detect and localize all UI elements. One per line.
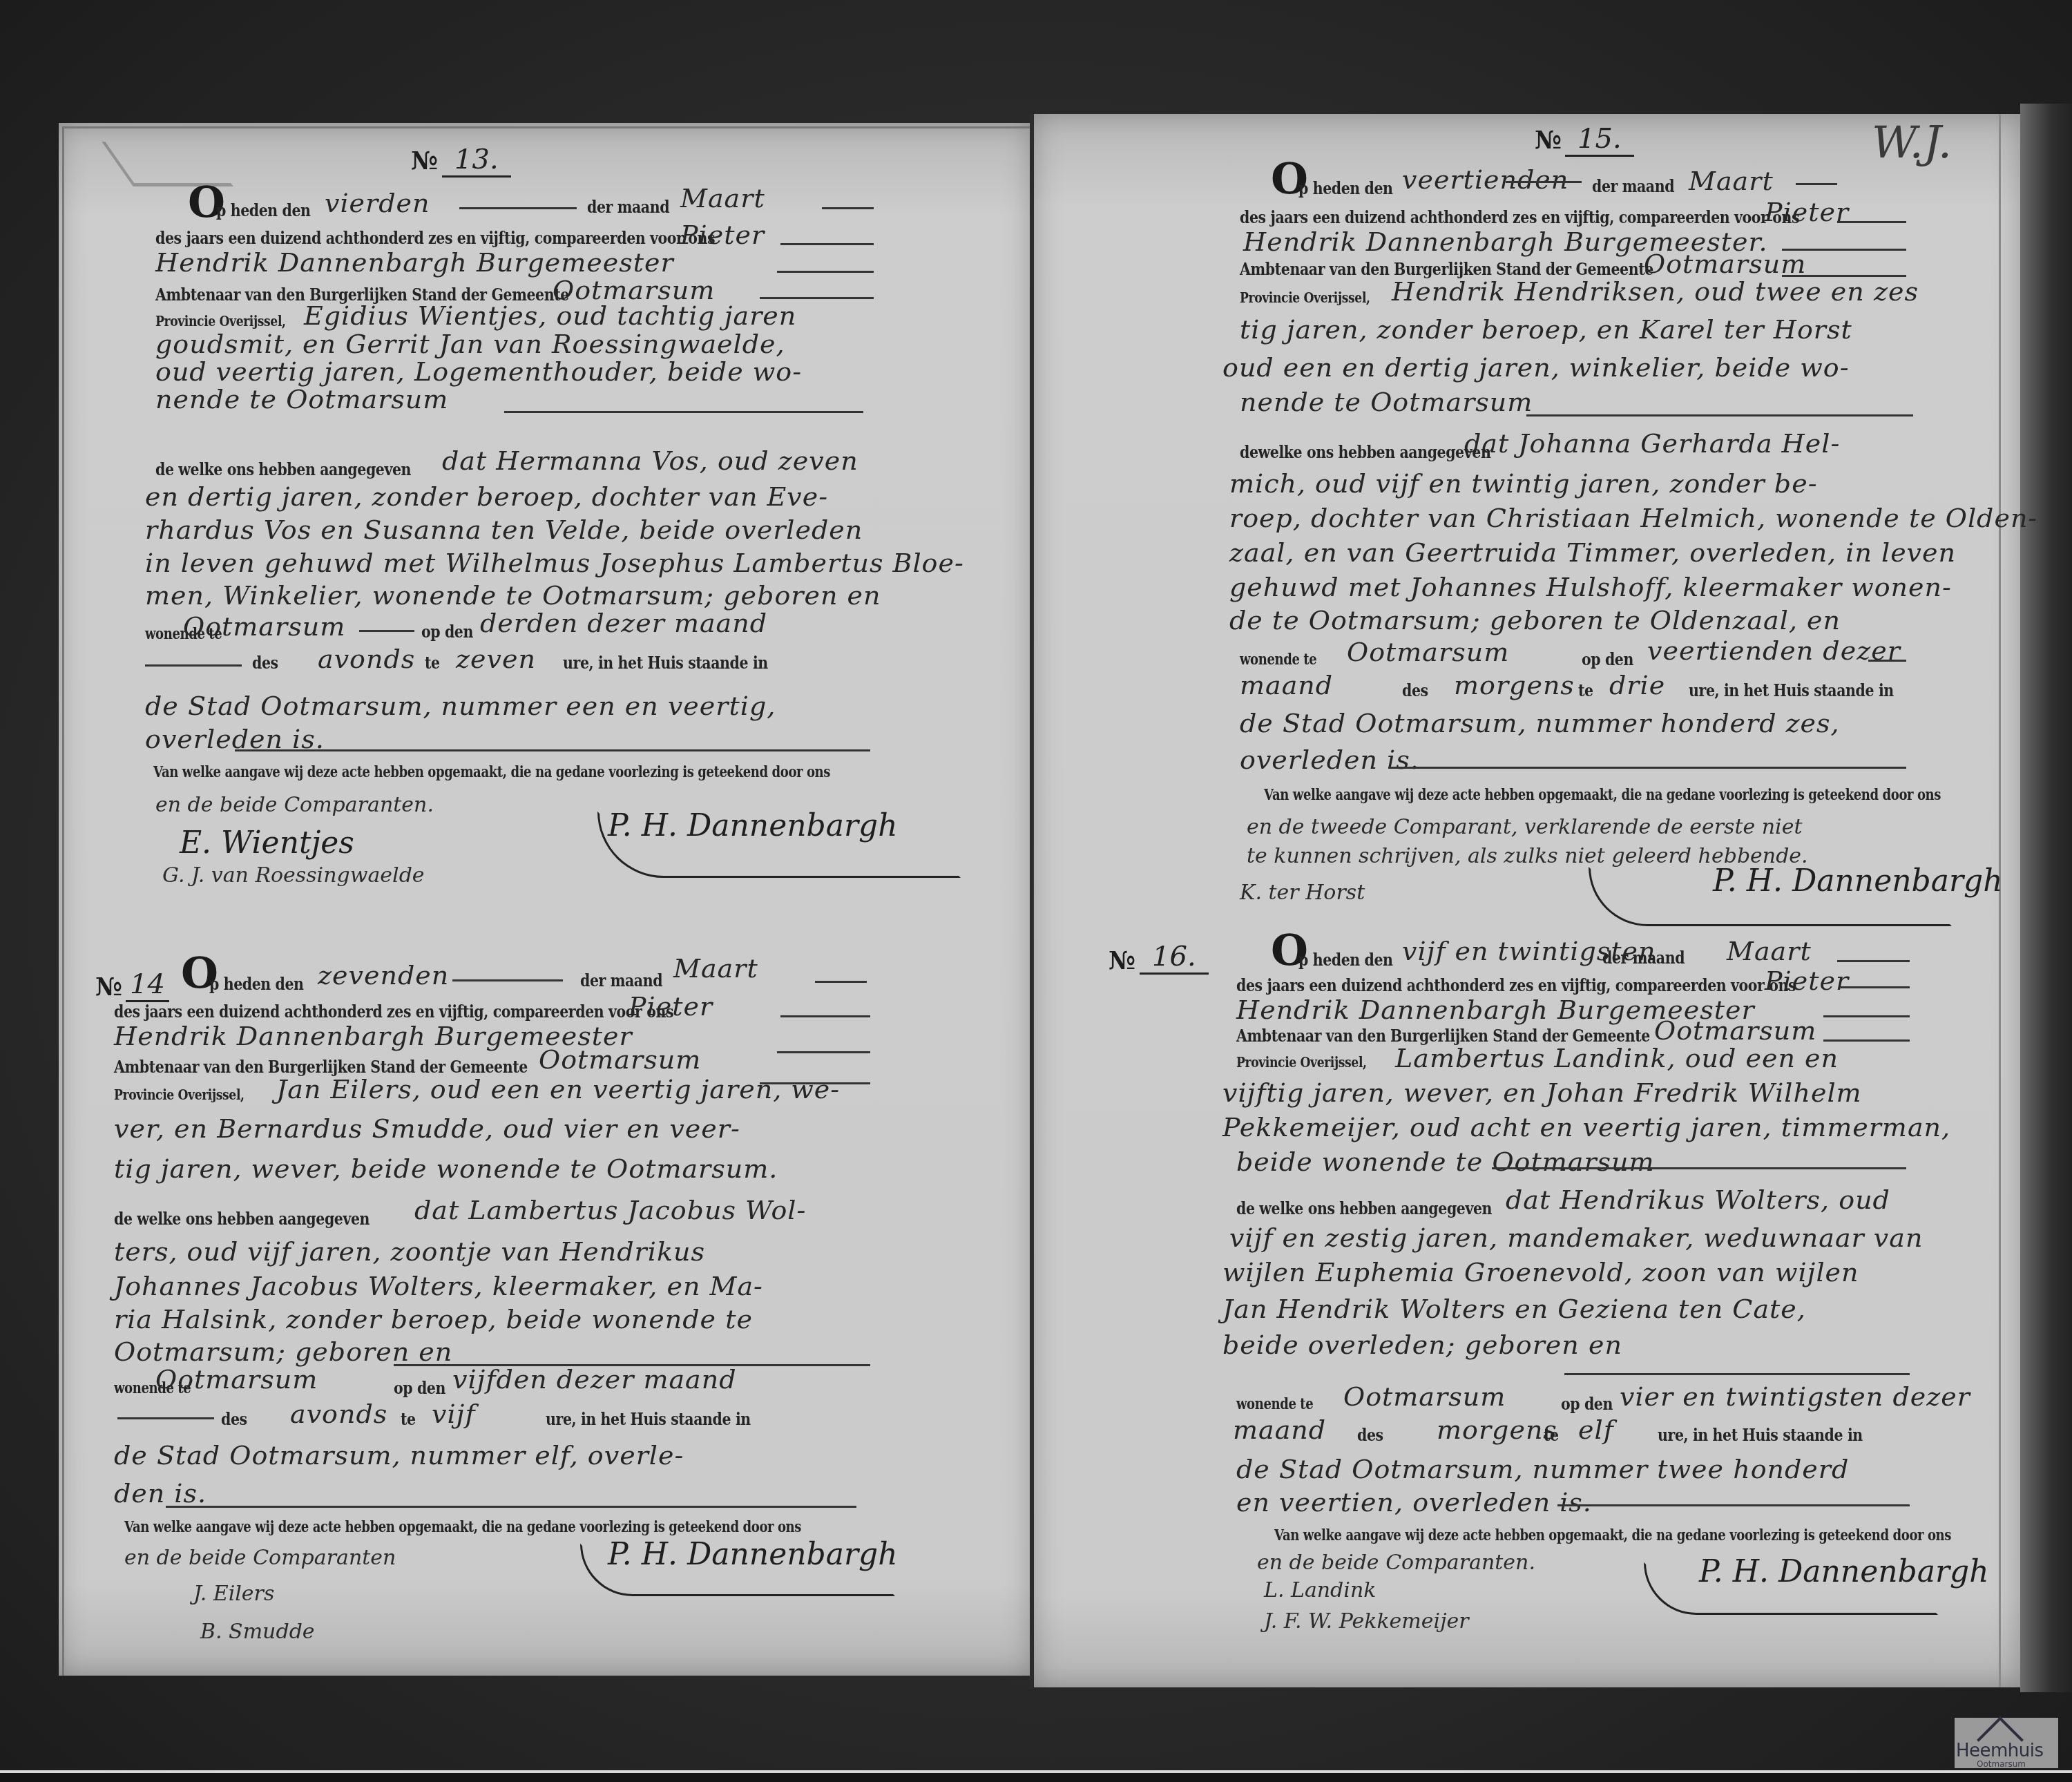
- house-line-1: de Stad Ootmarsum, nummer elf, overle-: [114, 1440, 684, 1470]
- record-number-symbol: №: [1109, 946, 1135, 975]
- record-number-symbol: №: [1535, 126, 1562, 155]
- witness-line-3: tig jaren, wever, beide wonende te Ootma…: [114, 1153, 778, 1184]
- fill-line: [822, 207, 874, 209]
- witness-line-1: Egidius Wientjes, oud tachtig jaren: [304, 300, 796, 331]
- witness-signature-1: L. Landink: [1264, 1578, 1376, 1602]
- fill-line: [777, 1051, 870, 1053]
- des-label: des: [1402, 680, 1428, 700]
- fill-line: [235, 749, 870, 751]
- declaration-line-2: en dertig jaren, zonder beroep, dochter …: [145, 481, 828, 512]
- des-label: des: [1357, 1425, 1383, 1445]
- witness-signature-2: B. Smudde: [200, 1620, 315, 1644]
- fill-line: [1526, 414, 1913, 416]
- op-den-label: op den: [421, 622, 473, 642]
- house-line-1: de Stad Ootmarsum, nummer twee honderd: [1236, 1454, 1849, 1484]
- record-month: Maart: [1689, 166, 1774, 196]
- official-first-name: Pieter: [1765, 197, 1849, 227]
- residence-value: Ootmarsum: [155, 1364, 318, 1395]
- film-edge-strip: [0, 1773, 2072, 1782]
- van-welke-label: Van welke aangave wij deze acte hebben o…: [153, 763, 830, 781]
- official-first-name: Pieter: [629, 991, 713, 1022]
- des-jaars-label: des jaars een duizend achthonderd zes en…: [1240, 207, 1799, 227]
- time-of-day-value: avonds: [290, 1399, 387, 1429]
- de-welke-label: de welke ons hebben aangegeven: [1236, 1198, 1492, 1218]
- declaration-line-2: mich, oud vijf en twintig jaren, zonder …: [1229, 468, 1818, 499]
- op-heden-label: p heden den: [216, 200, 311, 220]
- te-label: te: [425, 653, 440, 673]
- declaration-line-5: men, Winkelier, wonende te Ootmarsum; ge…: [145, 580, 881, 611]
- fill-line: [780, 243, 874, 245]
- residence-value: Ootmarsum: [1343, 1381, 1506, 1412]
- van-welke-label: Van welke aangave wij deze acte hebben o…: [1274, 1526, 1951, 1544]
- death-date-value: vijfden dezer maand: [452, 1364, 737, 1395]
- fill-line: [1557, 1504, 1910, 1506]
- record-number: 16.: [1140, 941, 1209, 975]
- des-label: des: [252, 653, 278, 673]
- residence-value: Ootmarsum: [183, 611, 345, 642]
- witness-line-2: tig jaren, zonder beroep, en Karel ter H…: [1240, 314, 1852, 345]
- witness-signature-1: E. Wientjes: [180, 825, 354, 861]
- official-first-name: Pieter: [1765, 966, 1849, 996]
- declaration-line-5: Ootmarsum; geboren en: [114, 1336, 452, 1367]
- fill-line: [1837, 221, 1906, 223]
- te-label: te: [401, 1409, 416, 1429]
- death-date-value: derden dezer maand: [480, 608, 767, 638]
- declaration-line-1: dat Hendrikus Wolters, oud: [1506, 1185, 1890, 1215]
- closing-text: en de beide Comparanten: [124, 1546, 396, 1570]
- witness-line-2: goudsmit, en Gerrit Jan van Roessingwael…: [155, 329, 785, 359]
- residence-value: Ootmarsum: [1347, 637, 1509, 667]
- fill-line: [760, 297, 874, 299]
- te-label: te: [1578, 680, 1593, 700]
- hour-value: vijf: [432, 1399, 475, 1429]
- op-heden-label: p heden den: [1298, 950, 1393, 970]
- provincie-label: Provincie Overijssel,: [114, 1086, 244, 1103]
- der-maand-label: der maand: [1592, 176, 1674, 196]
- van-welke-label: Van welke aangave wij deze acte hebben o…: [1264, 786, 1941, 804]
- fill-line: [777, 271, 874, 273]
- closing-line-1: en de tweede Comparant, verklarende de e…: [1247, 815, 1803, 839]
- witness-line-4: nende te Ootmarsum: [1240, 387, 1533, 417]
- record-month: Maart: [1727, 936, 1812, 966]
- provincie-label: Provincie Overijssel,: [1240, 289, 1370, 306]
- declaration-line-4: ria Halsink, zonder beroep, beide wonend…: [114, 1304, 753, 1334]
- des-prefix-value: maand: [1240, 670, 1333, 700]
- house-line-2: en veertien, overleden is.: [1236, 1487, 1592, 1517]
- van-welke-label: Van welke aangave wij deze acte hebben o…: [124, 1518, 801, 1536]
- fill-line: [1868, 660, 1906, 662]
- wonende-label: wonende te: [1236, 1395, 1313, 1413]
- official-first-name: Pieter: [680, 220, 765, 250]
- signature-flourish: [580, 1544, 895, 1596]
- time-of-day-value: morgens: [1437, 1415, 1557, 1445]
- wonende-label: wonende te: [1240, 651, 1316, 669]
- book-binding: [1030, 114, 1033, 1689]
- closing-text: en de beide Comparanten.: [155, 793, 434, 817]
- signature-flourish: [597, 812, 961, 878]
- closing-text: en de beide Comparanten.: [1257, 1551, 1535, 1575]
- der-maand-label: der maand: [1602, 948, 1685, 968]
- op-heden-label: p heden den: [1298, 178, 1393, 198]
- fill-line: [504, 411, 863, 413]
- provincie-label: Provincie Overijssel,: [1236, 1053, 1367, 1071]
- declaration-line-1: dat Hermanna Vos, oud zeven: [442, 445, 858, 476]
- record-day: zevenden: [318, 960, 449, 990]
- witness-signature-1: K. ter Horst: [1240, 881, 1365, 905]
- fill-line: [1388, 767, 1906, 769]
- declaration-line-1: dat Johanna Gerharda Hel-: [1464, 428, 1840, 459]
- right-page-frame: [1999, 114, 2001, 1687]
- fill-line: [1506, 181, 1582, 183]
- de-welke-label: dewelke ons hebben aangegeven: [1240, 442, 1490, 462]
- gemeente-value: Ootmarsum: [539, 1044, 701, 1075]
- declaration-line-3: rhardus Vos en Susanna ten Velde, beide …: [145, 515, 863, 545]
- witness-line-3: Pekkemeijer, oud acht en veertig jaren, …: [1222, 1112, 1950, 1142]
- op-den-label: op den: [394, 1378, 445, 1398]
- declaration-line-1: dat Lambertus Jacobus Wol-: [414, 1195, 806, 1225]
- hour-value: zeven: [456, 644, 536, 674]
- record-number-symbol: №: [411, 146, 438, 175]
- house-line-2: overleden is.: [1240, 745, 1419, 775]
- de-welke-label: de welke ons hebben aangegeven: [114, 1209, 370, 1229]
- death-date-value: veertienden dezer: [1647, 635, 1901, 666]
- signature-flourish: [1589, 867, 1952, 926]
- des-jaars-label: des jaars een duizend achthonderd zes en…: [114, 1002, 673, 1022]
- witness-line-1: Hendrik Hendriksen, oud twee en zes: [1392, 276, 1919, 307]
- op-den-label: op den: [1561, 1394, 1613, 1414]
- gemeente-value: Ootmarsum: [1654, 1015, 1816, 1046]
- hour-value: drie: [1609, 670, 1665, 700]
- witness-line-3: oud een en dertig jaren, winkelier, beid…: [1222, 352, 1850, 383]
- record-day: vierden: [325, 188, 430, 218]
- op-heden-label: p heden den: [209, 974, 304, 994]
- witness-line-3: oud veertig jaren, Logementhouder, beide…: [155, 356, 802, 387]
- record-number: 13.: [442, 144, 511, 178]
- witness-line-2: vijftig jaren, wever, en Johan Fredrik W…: [1222, 1077, 1862, 1108]
- time-of-day-value: morgens: [1454, 670, 1575, 700]
- der-maand-label: der maand: [587, 197, 669, 217]
- right-shadow-edge: [2020, 104, 2072, 1692]
- ure-huis-label: ure, in het Huis staande in: [546, 1409, 751, 1429]
- death-date-value: vier en twintigsten dezer: [1620, 1381, 1970, 1412]
- de-welke-label: de welke ons hebben aangegeven: [155, 459, 411, 479]
- declaration-line-4: Jan Hendrik Wolters en Geziena ten Cate,: [1222, 1294, 1806, 1324]
- signature-flourish: [1644, 1562, 1938, 1615]
- fill-line: [1823, 1015, 1910, 1017]
- ure-huis-label: ure, in het Huis staande in: [1689, 680, 1894, 700]
- fill-line: [166, 1506, 856, 1508]
- fill-line: [780, 1015, 870, 1017]
- record-month: Maart: [680, 183, 765, 213]
- des-prefix-value: maand: [1233, 1415, 1326, 1445]
- fill-line: [815, 981, 867, 983]
- declaration-line-5: beide overleden; geboren en: [1222, 1330, 1622, 1360]
- house-line-1: de Stad Ootmarsum, nummer een en veertig…: [145, 691, 776, 721]
- witness-line-4: nende te Ootmarsum: [155, 384, 448, 414]
- declaration-line-3: Johannes Jacobus Wolters, kleermaker, en…: [114, 1271, 763, 1301]
- record-day: veertienden: [1402, 164, 1569, 195]
- declaration-line-4: in leven gehuwd met Wilhelmus Josephus L…: [145, 548, 964, 578]
- fill-line: [117, 1417, 214, 1419]
- house-line-1: de Stad Ootmarsum, nummer honderd zes,: [1240, 708, 1840, 738]
- witness-line-2: ver, en Bernardus Smudde, oud vier en ve…: [114, 1113, 740, 1144]
- fill-line: [1841, 986, 1910, 988]
- fill-line: [1564, 1373, 1910, 1375]
- record-month: Maart: [673, 953, 758, 984]
- fill-line: [1823, 1039, 1910, 1042]
- declaration-line-2: ters, oud vijf jaren, zoontje van Hendri…: [114, 1236, 705, 1267]
- te-label: te: [1544, 1425, 1559, 1445]
- op-den-label: op den: [1582, 649, 1633, 669]
- witness-line-1: Lambertus Landink, oud een en: [1395, 1043, 1839, 1073]
- fill-line: [1837, 960, 1910, 962]
- declaration-line-6: de te Ootmarsum; geboren te Oldenzaal, e…: [1229, 605, 1841, 635]
- des-label: des: [221, 1409, 247, 1429]
- fill-line: [1492, 1167, 1906, 1169]
- heemhuis-watermark: Heemhuis Ootmarsum: [1955, 1718, 2058, 1768]
- hour-value: elf: [1578, 1415, 1614, 1445]
- ure-huis-label: ure, in het Huis staande in: [563, 653, 768, 673]
- witness-signature-2: G. J. van Roessingwaelde: [162, 863, 425, 888]
- witness-line-4: beide wonende te Ootmarsum: [1236, 1147, 1655, 1177]
- fill-line: [459, 207, 577, 209]
- time-of-day-value: avonds: [318, 644, 415, 674]
- watermark-subtitle: Ootmarsum: [1977, 1759, 2026, 1769]
- record-number-symbol: №: [95, 973, 122, 1002]
- provincie-label: Provincie Overijssel,: [155, 312, 286, 329]
- des-jaars-label: des jaars een duizend achthonderd zes en…: [155, 228, 715, 248]
- fill-line: [359, 630, 414, 632]
- witness-signature-1: J. Eilers: [193, 1582, 274, 1606]
- witness-signature-2: J. F. W. Pekkemeijer: [1264, 1609, 1469, 1633]
- record-number: 15.: [1565, 123, 1634, 157]
- der-maand-label: der maand: [580, 970, 662, 990]
- fill-line: [145, 664, 242, 667]
- watermark-name: Heemhuis: [1956, 1741, 2044, 1761]
- fill-line: [1796, 183, 1837, 185]
- folio-number: W.J.: [1872, 117, 1952, 169]
- witness-line-1: Jan Eilers, oud een en veertig jaren, we…: [276, 1074, 840, 1104]
- declaration-line-3: wijlen Euphemia Groenevold, zoon van wij…: [1222, 1257, 1859, 1287]
- declaration-line-2: vijf en zestig jaren, mandemaker, weduwn…: [1229, 1223, 1923, 1253]
- record-number: 14: [126, 968, 169, 1002]
- ure-huis-label: ure, in het Huis staande in: [1658, 1425, 1863, 1445]
- official-name: Hendrik Dannenbargh Burgemeester: [155, 247, 674, 278]
- house-line-2: den is.: [114, 1478, 207, 1508]
- des-jaars-label: des jaars een duizend achthonderd zes en…: [1236, 975, 1796, 995]
- fill-line: [452, 979, 563, 981]
- declaration-line-4: zaal, en van Geertruida Timmer, overlede…: [1229, 537, 1956, 568]
- declaration-line-3: roep, dochter van Christiaan Helmich, wo…: [1229, 503, 2037, 533]
- declaration-line-5: gehuwd met Johannes Hulshoff, kleermaker…: [1229, 572, 1952, 602]
